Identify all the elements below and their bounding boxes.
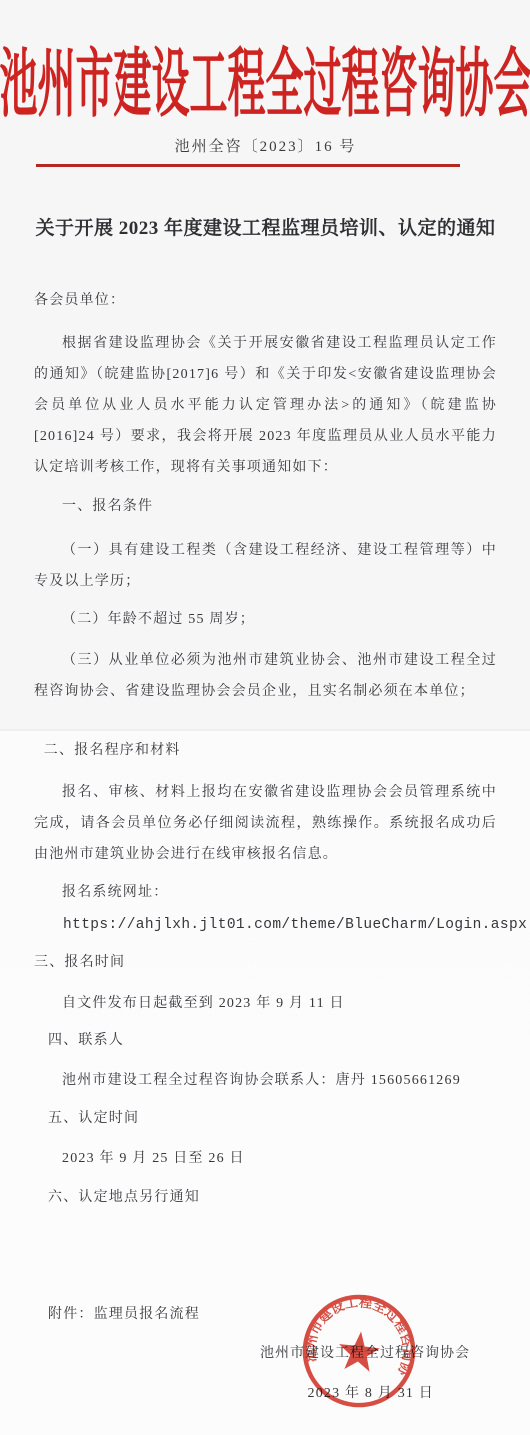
red-separator-rule — [36, 164, 460, 167]
registration-url: https://ahjlxh.jlt01.com/theme/BlueCharm… — [34, 910, 497, 941]
contact-info: 池州市建设工程全过程咨询协会联系人：唐丹 15605661269 — [34, 1065, 497, 1096]
section-4-heading: 四、联系人 — [34, 1025, 497, 1056]
scanned-notice-page: 池州市建设工程全过程咨询协会 池州全咨〔2023〕16 号 关于开展 2023 … — [0, 0, 530, 1435]
letterhead: 池州市建设工程全过程咨询协会 — [34, 0, 497, 118]
doc-number: 池州全咨〔2023〕16 号 — [34, 136, 497, 158]
notice-title: 关于开展 2023 年度建设工程监理员培训、认定的通知 — [34, 213, 497, 245]
signature-date: 2023 年 8 月 31 日 — [34, 1378, 497, 1409]
certification-dates: 2023 年 9 月 25 日至 26 日 — [34, 1143, 497, 1174]
attachment-note: 附件：监理员报名流程 — [34, 1299, 497, 1330]
section-6-heading: 六、认定地点另行通知 — [34, 1182, 497, 1213]
section-5-heading: 五、认定时间 — [34, 1103, 497, 1134]
condition-item-2: （二）年龄不超过 55 周岁； — [34, 604, 497, 635]
page-scan-seam — [0, 729, 530, 731]
intro-paragraph: 根据省建设监理协会《关于开展安徽省建设工程监理员认定工作的通知》（皖建监协[20… — [34, 328, 497, 483]
section-2-heading: 二、报名程序和材料 — [34, 735, 497, 766]
condition-item-3: （三）从业单位必须为池州市建筑业协会、池州市建设工程全过程咨询协会、省建设监理协… — [34, 645, 497, 707]
url-label: 报名系统网址： — [34, 877, 497, 908]
salutation: 各会员单位： — [34, 285, 497, 316]
section-1-heading: 一、报名条件 — [34, 491, 497, 522]
registration-deadline: 自文件发布日起截至到 2023 年 9 月 11 日 — [34, 988, 497, 1019]
condition-item-1: （一）具有建设工程类（含建设工程经济、建设工程管理等）中专及以上学历； — [34, 535, 497, 597]
signature-org: 池州市建设工程全过程咨询协会 — [34, 1338, 497, 1369]
registration-paragraph: 报名、审核、材料上报均在安徽省建设监理协会会员管理系统中完成，请各会员单位务必仔… — [34, 777, 497, 870]
letterhead-title: 池州市建设工程全过程咨询协会 — [0, 48, 530, 123]
section-3-heading: 三、报名时间 — [34, 947, 497, 978]
